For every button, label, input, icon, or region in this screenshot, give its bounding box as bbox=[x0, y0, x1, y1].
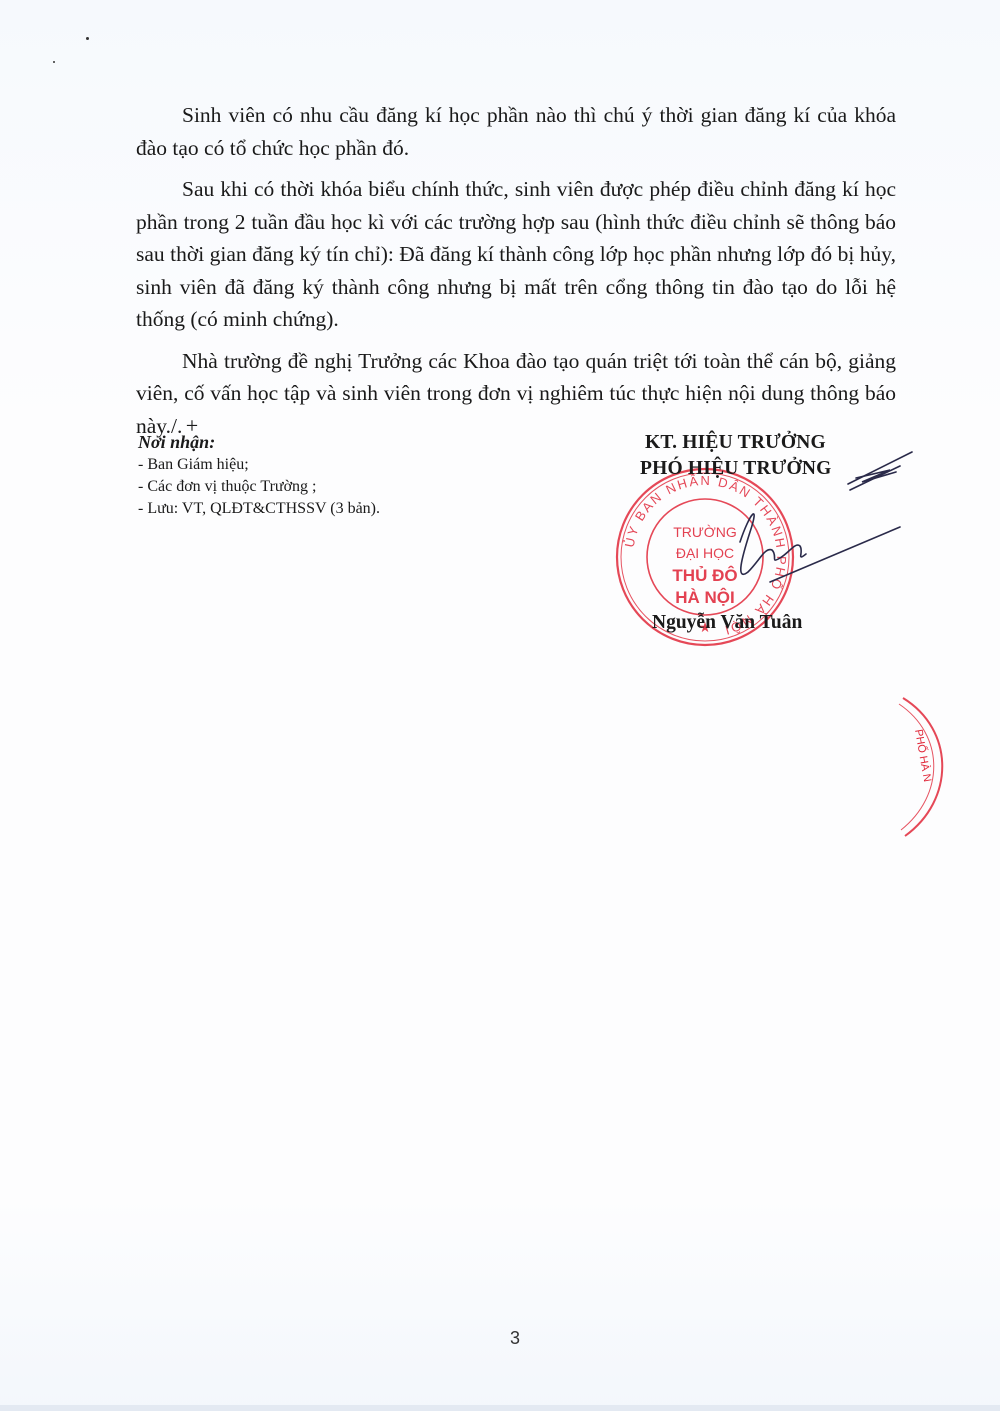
paragraph-registration-note: Sinh viên có nhu cầu đăng kí học phần nà… bbox=[136, 99, 896, 164]
scan-speck bbox=[86, 37, 89, 40]
signature-block: ỦY BAN NHÂN DÂN THÀNH PHỐ HÀ NỘI TRƯỜNG … bbox=[600, 432, 900, 652]
scan-speck bbox=[53, 61, 55, 63]
document-page: Sinh viên có nhu cầu đăng kí học phần nà… bbox=[0, 0, 1000, 1411]
recipient-item: - Lưu: VT, QLĐT&CTHSSV (3 bản). bbox=[138, 498, 380, 520]
recipient-item: - Các đơn vị thuộc Trường ; bbox=[138, 476, 380, 498]
page-number: 3 bbox=[0, 1328, 1000, 1349]
handwritten-signature-icon bbox=[600, 432, 920, 632]
paragraph-closing-request: Nhà trường đề nghị Trưởng các Khoa đào t… bbox=[136, 345, 896, 443]
partial-seal-icon: PHỐ HÀ N bbox=[895, 690, 955, 840]
partial-seal-text: PHỐ HÀ N bbox=[912, 728, 935, 783]
paragraph-adjustment-policy: Sau khi có thời khóa biểu chính thức, si… bbox=[136, 173, 896, 336]
recipients-block: Nơi nhận: - Ban Giám hiệu; - Các đơn vị … bbox=[138, 430, 380, 520]
document-body: Sinh viên có nhu cầu đăng kí học phần nà… bbox=[136, 99, 896, 451]
signer-name: Nguyễn Văn Tuân bbox=[652, 612, 802, 634]
recipient-item: - Ban Giám hiệu; bbox=[138, 454, 380, 476]
scan-bottom-edge bbox=[0, 1405, 1000, 1411]
recipients-title: Nơi nhận: bbox=[138, 430, 380, 454]
paragraph-closing-text: Nhà trường đề nghị Trưởng các Khoa đào t… bbox=[136, 349, 896, 438]
